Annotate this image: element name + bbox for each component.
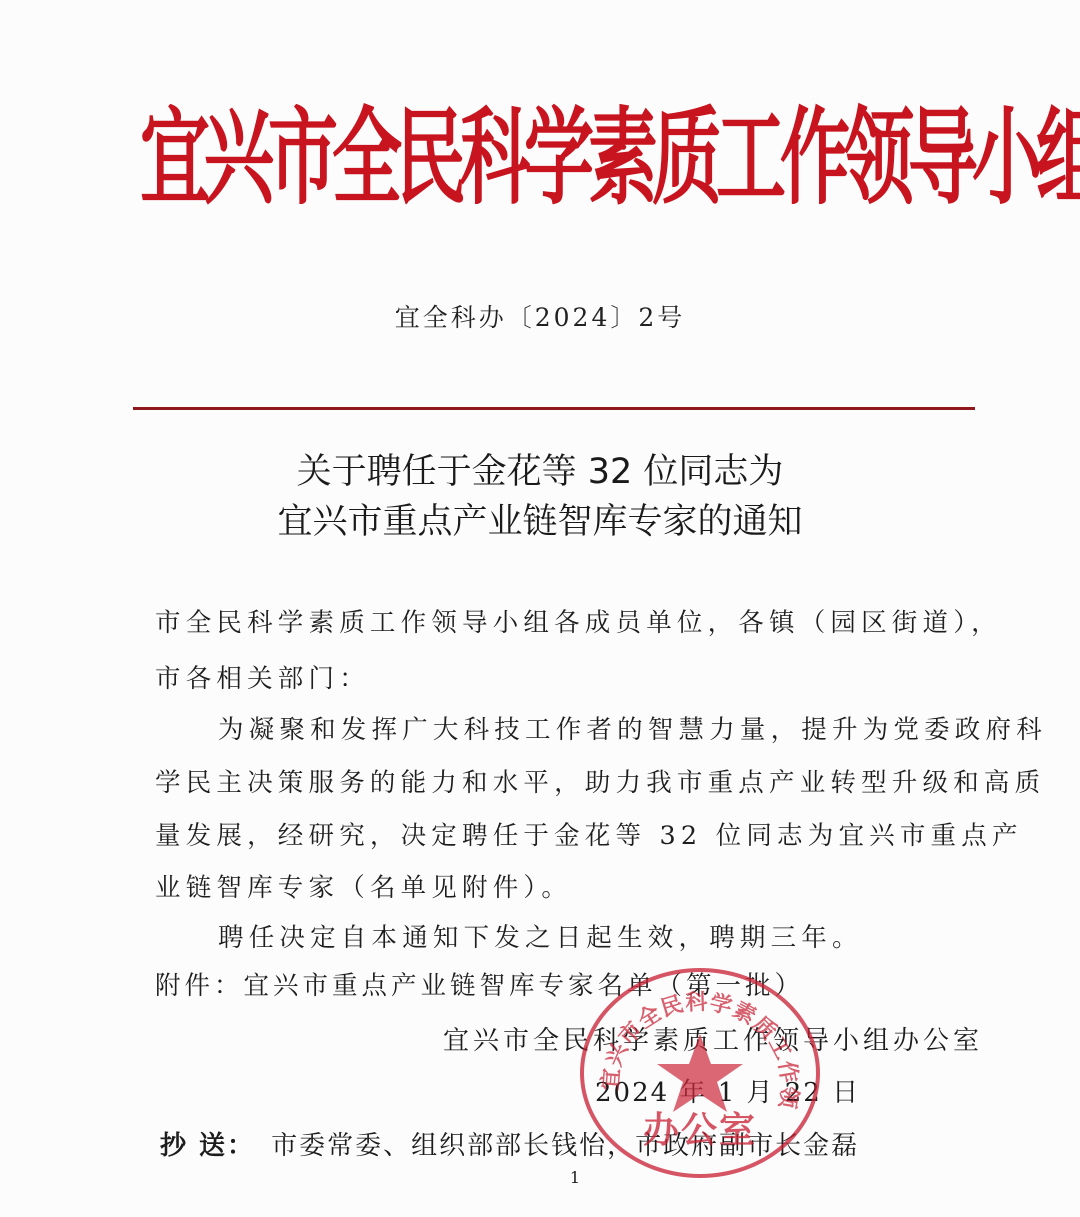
page-number: 1	[0, 1168, 1080, 1187]
body-line-3: 量发展，经研究，决定聘任于金花等 32 位同志为宜兴市重点产	[155, 816, 1023, 852]
addressee-line-2: 市各相关部门：	[155, 659, 370, 695]
notice-title-line-2: 宜兴市重点产业链智库专家的通知	[0, 494, 1080, 544]
attachment-line: 附件：宜兴市重点产业链智库专家名单（第一批）	[155, 966, 804, 1002]
issuer-signature: 宜兴市全民科学素质工作领导小组办公室	[443, 1020, 983, 1057]
cc-line: 抄 送：市委常委、组织部部长钱怡，市政府副市长金磊	[160, 1125, 859, 1162]
issue-date: 2024 年 1 月 22 日	[595, 1072, 860, 1109]
notice-title-line-1: 关于聘任于金花等 32 位同志为	[0, 444, 1080, 494]
body-line-4: 业链智库专家（名单见附件）。	[155, 868, 572, 904]
body-line-1: 为凝聚和发挥广大科技工作者的智慧力量，提升为党委政府科	[218, 710, 1047, 746]
addressee-line-1: 市全民科学素质工作领导小组各成员单位，各镇（园区街道），	[155, 603, 1002, 639]
cc-recipients: 市委常委、组织部部长钱怡，市政府副市长金磊	[271, 1131, 859, 1161]
body-line-2: 学民主决策服务的能力和水平，助力我市重点产业转型升级和高质	[155, 763, 1045, 799]
document-number: 宜全科办〔2024〕2号	[0, 298, 1080, 334]
masthead-title: 宜兴市全民科学素质工作领导小组办公室文件	[140, 98, 970, 218]
effective-period-line: 聘任决定自本通知下发之日起生效，聘期三年。	[218, 918, 863, 954]
cc-label: 抄 送：	[160, 1131, 255, 1161]
red-divider-line	[133, 407, 975, 410]
